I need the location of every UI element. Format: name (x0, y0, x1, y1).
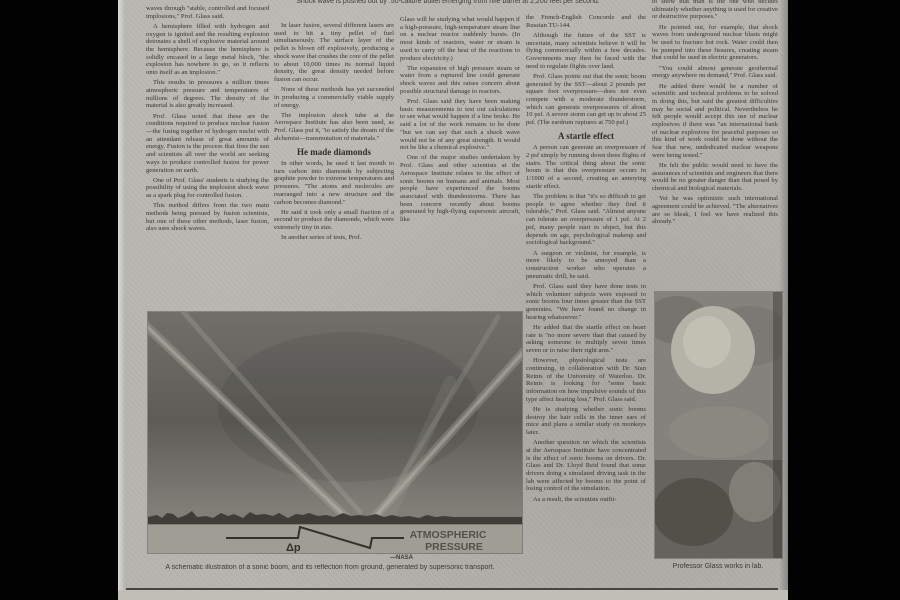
article-paragraph: A hemisphere filled with hydrogen and ox… (146, 23, 269, 77)
article-paragraph: As a result, the scientists outfit- (526, 496, 646, 504)
article-paragraph: None of these methods has yet succeeded … (274, 86, 394, 109)
photo-credit-nasa: —NASA (148, 555, 413, 561)
article-paragraph: Prof. Glass points out that the sonic bo… (526, 73, 646, 127)
article-paragraph: In another series of tests, Prof. (274, 234, 394, 242)
article-paragraph: Glass will be studying what would happen… (400, 16, 520, 62)
article-paragraph: waves through "stable, controlled and fo… (146, 5, 269, 20)
section-heading: He made diamonds (274, 147, 394, 158)
article-paragraph: Another question on which the scientists… (526, 439, 646, 493)
article-paragraph: One of Prof. Glass' students is studying… (146, 177, 269, 200)
article-paragraph: Prof. Glass said they have been making b… (400, 98, 520, 152)
article-paragraph: Yet he was optimistic such international… (652, 195, 778, 226)
article-paragraph: He added that the startle effect on hear… (526, 324, 646, 355)
article-paragraph: This results in pressures a million time… (146, 79, 269, 110)
scanned-newspaper-screenshot: Shock wave is pushed out by .50-calibre … (0, 0, 900, 600)
article-paragraph: He felt the public would need to have th… (652, 162, 778, 193)
page-bottom-margin (118, 590, 788, 600)
article-column-4: the French-English Concorde and the Russ… (526, 14, 646, 584)
professor-photo-caption: Professor Glass works in lab. (653, 563, 783, 570)
professor-glass-photo (655, 292, 782, 558)
article-paragraph: to show that man is the one who decides … (652, 0, 778, 21)
newspaper-page: Shock wave is pushed out by .50-calibre … (118, 0, 788, 600)
article-paragraph: He added there would be a number of scie… (652, 83, 778, 160)
article-paragraph: Prof. Glass noted that these are the con… (146, 113, 269, 175)
sonic-boom-photo: Δp ATMOSPHERIC PRESSURE (148, 312, 522, 553)
article-paragraph: the French-English Concorde and the Russ… (526, 14, 646, 29)
article-column-2: In laser fusion, several different laser… (274, 22, 394, 334)
article-paragraph: Prof. Glass said they have done tests in… (526, 283, 646, 322)
atmospheric-pressure-label-line2: PRESSURE (425, 541, 483, 553)
article-paragraph: Although the future of the SST is uncert… (526, 32, 646, 71)
article-paragraph: He said it took only a small fraction of… (274, 209, 394, 232)
article-paragraph: However, physiological tests are continu… (526, 357, 646, 403)
sonic-boom-photo-caption: A schematic illustration of a sonic boom… (150, 564, 510, 571)
atmospheric-pressure-label-line1: ATMOSPHERIC (410, 529, 487, 541)
article-paragraph: A surgeon or violinist, for example, is … (526, 250, 646, 281)
article-paragraph: This method differs from the two main me… (146, 202, 269, 233)
article-paragraph: One of the major studies undertaken by P… (400, 154, 520, 223)
sonic-boom-illustration: Δp ATMOSPHERIC PRESSURE (148, 312, 522, 553)
article-paragraph: A person can generate an overpressure of… (526, 144, 646, 190)
article-paragraph: The expansion of high pressure steam or … (400, 65, 520, 96)
article-column-5: to show that man is the one who decides … (652, 0, 778, 288)
article-paragraph: He pointed out, for example, that shock … (652, 24, 778, 63)
article-paragraph: He is studying whether sonic booms destr… (526, 406, 646, 437)
article-paragraph: The implosion shock tube at the Aerospac… (274, 112, 394, 143)
article-paragraph: "You could almost generate geothermal en… (652, 65, 778, 80)
article-paragraph: In other words, he used it last month to… (274, 160, 394, 206)
top-photo-caption: Shock wave is pushed out by .50-calibre … (238, 0, 658, 5)
article-column-3: Glass will be studying what would happen… (400, 16, 520, 312)
article-paragraph: In laser fusion, several different laser… (274, 22, 394, 84)
professor-lab-image (655, 292, 782, 558)
section-heading: A startle effect (526, 131, 646, 142)
article-paragraph: The problem is that "it's so difficult t… (526, 193, 646, 247)
delta-p-label: Δp (286, 542, 301, 553)
